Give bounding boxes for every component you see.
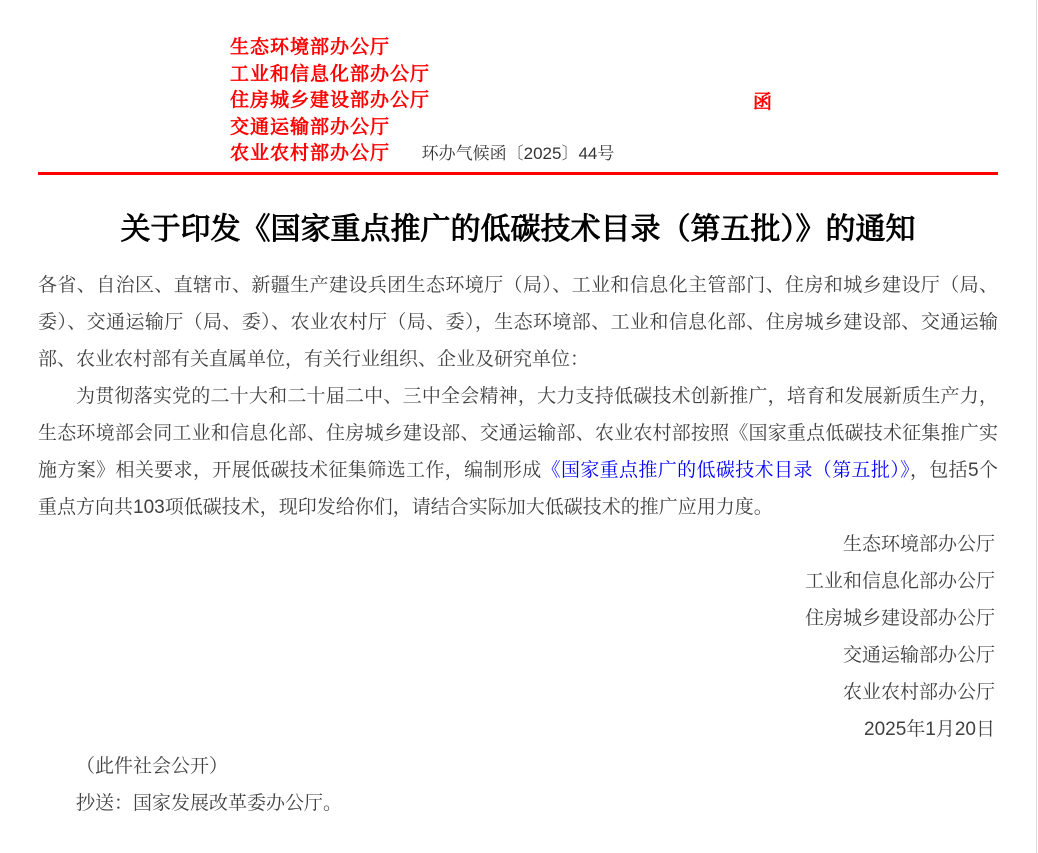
signer-line: 交通运输部办公厅 [38, 637, 995, 674]
signer-line: 生态环境部办公厅 [38, 526, 995, 563]
issuer-line: 生态环境部办公厅 [230, 35, 1036, 62]
disclosure-note: （此件社会公开） [38, 748, 998, 785]
signature-block: 生态环境部办公厅 工业和信息化部办公厅 住房城乡建设部办公厅 交通运输部办公厅 … [38, 526, 998, 748]
doc-type-label: 函 [753, 92, 772, 114]
red-divider [38, 172, 998, 175]
document-title: 关于印发《国家重点推广的低碳技术目录（第五批）》的通知 [0, 209, 1036, 251]
cc-line: 抄送：国家发展改革委办公厅。 [38, 785, 998, 822]
signer-line: 工业和信息化部办公厅 [38, 563, 995, 600]
signer-line: 农业农村部办公厅 [38, 674, 995, 711]
letterhead: 生态环境部办公厅 工业和信息化部办公厅 住房城乡建设部办公厅 交通运输部办公厅 … [0, 0, 1036, 133]
recipients-paragraph: 各省、自治区、直辖市、新疆生产建设兵团生态环境厅（局）、工业和信息化主管部门、住… [38, 267, 998, 378]
body-paragraph: 为贯彻落实党的二十大和二十届二中、三中全会精神，大力支持低碳技术创新推广，培育和… [38, 378, 998, 526]
signer-line: 住房城乡建设部办公厅 [38, 600, 995, 637]
issue-date: 2025年1月20日 [38, 711, 995, 748]
issuer-line: 农业农村部办公厅 [230, 141, 1036, 168]
issuer-line: 工业和信息化部办公厅 [230, 62, 1036, 89]
issuer-line: 住房城乡建设部办公厅 [230, 88, 1036, 115]
document-body: 各省、自治区、直辖市、新疆生产建设兵团生态环境厅（局）、工业和信息化主管部门、住… [38, 267, 998, 822]
document-page: 生态环境部办公厅 工业和信息化部办公厅 住房城乡建设部办公厅 交通运输部办公厅 … [0, 0, 1037, 853]
catalog-link[interactable]: 《国家重点推广的低碳技术目录（第五批）》 [542, 460, 910, 481]
issuer-line: 交通运输部办公厅 [230, 115, 1036, 142]
